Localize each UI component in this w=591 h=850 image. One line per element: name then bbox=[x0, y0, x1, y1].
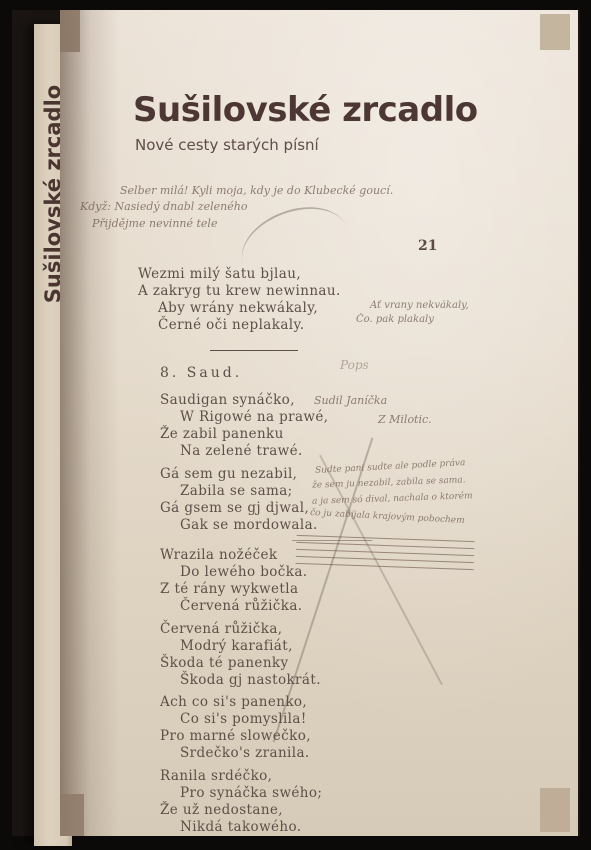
divider-rule bbox=[210, 350, 298, 351]
verse-line: Na zelené trawé. bbox=[160, 443, 328, 460]
corner-mark-top-left bbox=[60, 10, 80, 52]
verse-line: Pro marné slowečko, bbox=[160, 728, 311, 745]
corner-mark-top-right bbox=[540, 14, 570, 50]
cover-title: Sušilovské zrcadlo bbox=[133, 90, 478, 130]
verse-line: A zakryg tu krew newinnau. bbox=[138, 283, 341, 300]
handwritten-note: že sem ju nezabil, zabila se sama. bbox=[312, 475, 466, 490]
verse-line: Černé oči neplakaly. bbox=[138, 317, 341, 334]
verse-line: Škoda gj nastokrát. bbox=[160, 672, 321, 689]
verse-line: Že už nedostane, bbox=[160, 802, 322, 819]
verse-line: Co si's pomyslila! bbox=[160, 711, 311, 728]
verse-line: Z té rány wykwetla bbox=[160, 581, 307, 598]
verse-line: Srdečko's zranila. bbox=[160, 745, 311, 762]
verse-line: Červená růžička. bbox=[160, 598, 307, 615]
stanza: Wezmi milý šatu bjlau, A zakryg tu krew … bbox=[138, 266, 341, 334]
verse-line: Modrý karafiát, bbox=[160, 638, 321, 655]
verse-line: Ranila srdéčko, bbox=[160, 768, 322, 785]
verse-line: Saudigan synáčko, bbox=[160, 392, 328, 409]
verse-line: Ach co si's panenko, bbox=[160, 694, 311, 711]
handwritten-note: čo ju zabíjala krajovým pobochem bbox=[310, 508, 465, 526]
song-heading: 8. Saud. bbox=[160, 365, 242, 381]
verse-line: Zabila se sama; bbox=[160, 483, 318, 500]
stanza: Gá sem gu nezabil, Zabila se sama; Gá gs… bbox=[160, 466, 318, 534]
handwritten-note: Z Milotic. bbox=[378, 413, 432, 426]
stanza: Wrazila nožéček Do lewého bočka. Z té rá… bbox=[160, 547, 307, 615]
stanza: Ranila srdéčko, Pro synáčka swého; Že už… bbox=[160, 768, 322, 836]
handwritten-note: Sudte pani sudte ale podle práva bbox=[315, 458, 466, 476]
corner-mark-bottom-left bbox=[60, 794, 84, 836]
verse-line: Gak se mordowala. bbox=[160, 517, 318, 534]
cover-subtitle: Nové cesty starých písní bbox=[135, 136, 319, 154]
verse-line: Gá gsem se gj djwal, bbox=[160, 500, 318, 517]
verse-line: Pro synáčka swého; bbox=[160, 785, 322, 802]
verse-line: Nikdá takowého. bbox=[160, 819, 322, 836]
verse-line: Wrazila nožéček bbox=[160, 547, 307, 564]
handwritten-note: a ja sem só dival, nachala o ktorém bbox=[312, 491, 473, 507]
verse-line: Červená růžička, bbox=[160, 621, 321, 638]
verse-line: Škoda té panenky bbox=[160, 655, 321, 672]
book-cover: Sušilovské zrcadlo Nové cesty starých pí… bbox=[60, 10, 578, 836]
verse-line: Gá sem gu nezabil, bbox=[160, 466, 318, 483]
handwritten-note: Když: Nasiedý dnabl zeleného bbox=[80, 200, 247, 213]
page-number: 21 bbox=[418, 238, 437, 254]
stanza: Ach co si's panenko, Co si's pomyslila! … bbox=[160, 694, 311, 762]
verse-line: Že zabil panenku bbox=[160, 426, 328, 443]
handwritten-note: Selber milá! Kyli moja, kdy je do Klubec… bbox=[120, 184, 393, 197]
verse-line: Do lewého bočka. bbox=[160, 564, 307, 581]
handwritten-note: Pops bbox=[340, 358, 369, 372]
music-staff-notation bbox=[295, 535, 474, 573]
handwritten-note: Přijdějme nevinné tele bbox=[92, 217, 217, 230]
stanza: Červená růžička, Modrý karafiát, Škoda t… bbox=[160, 621, 321, 689]
verse-line: Wezmi milý šatu bjlau, bbox=[138, 266, 341, 283]
handwritten-note: Ať vrany nekvákaly, bbox=[370, 300, 469, 311]
corner-mark-bottom-right bbox=[540, 788, 570, 832]
verse-line: W Rigowé na prawé, bbox=[160, 409, 328, 426]
stanza: Saudigan synáčko, W Rigowé na prawé, Že … bbox=[160, 392, 328, 460]
handwritten-note: Čo. pak plakaly bbox=[356, 314, 434, 325]
verse-line: Aby wrány nekwákaly, bbox=[138, 300, 341, 317]
